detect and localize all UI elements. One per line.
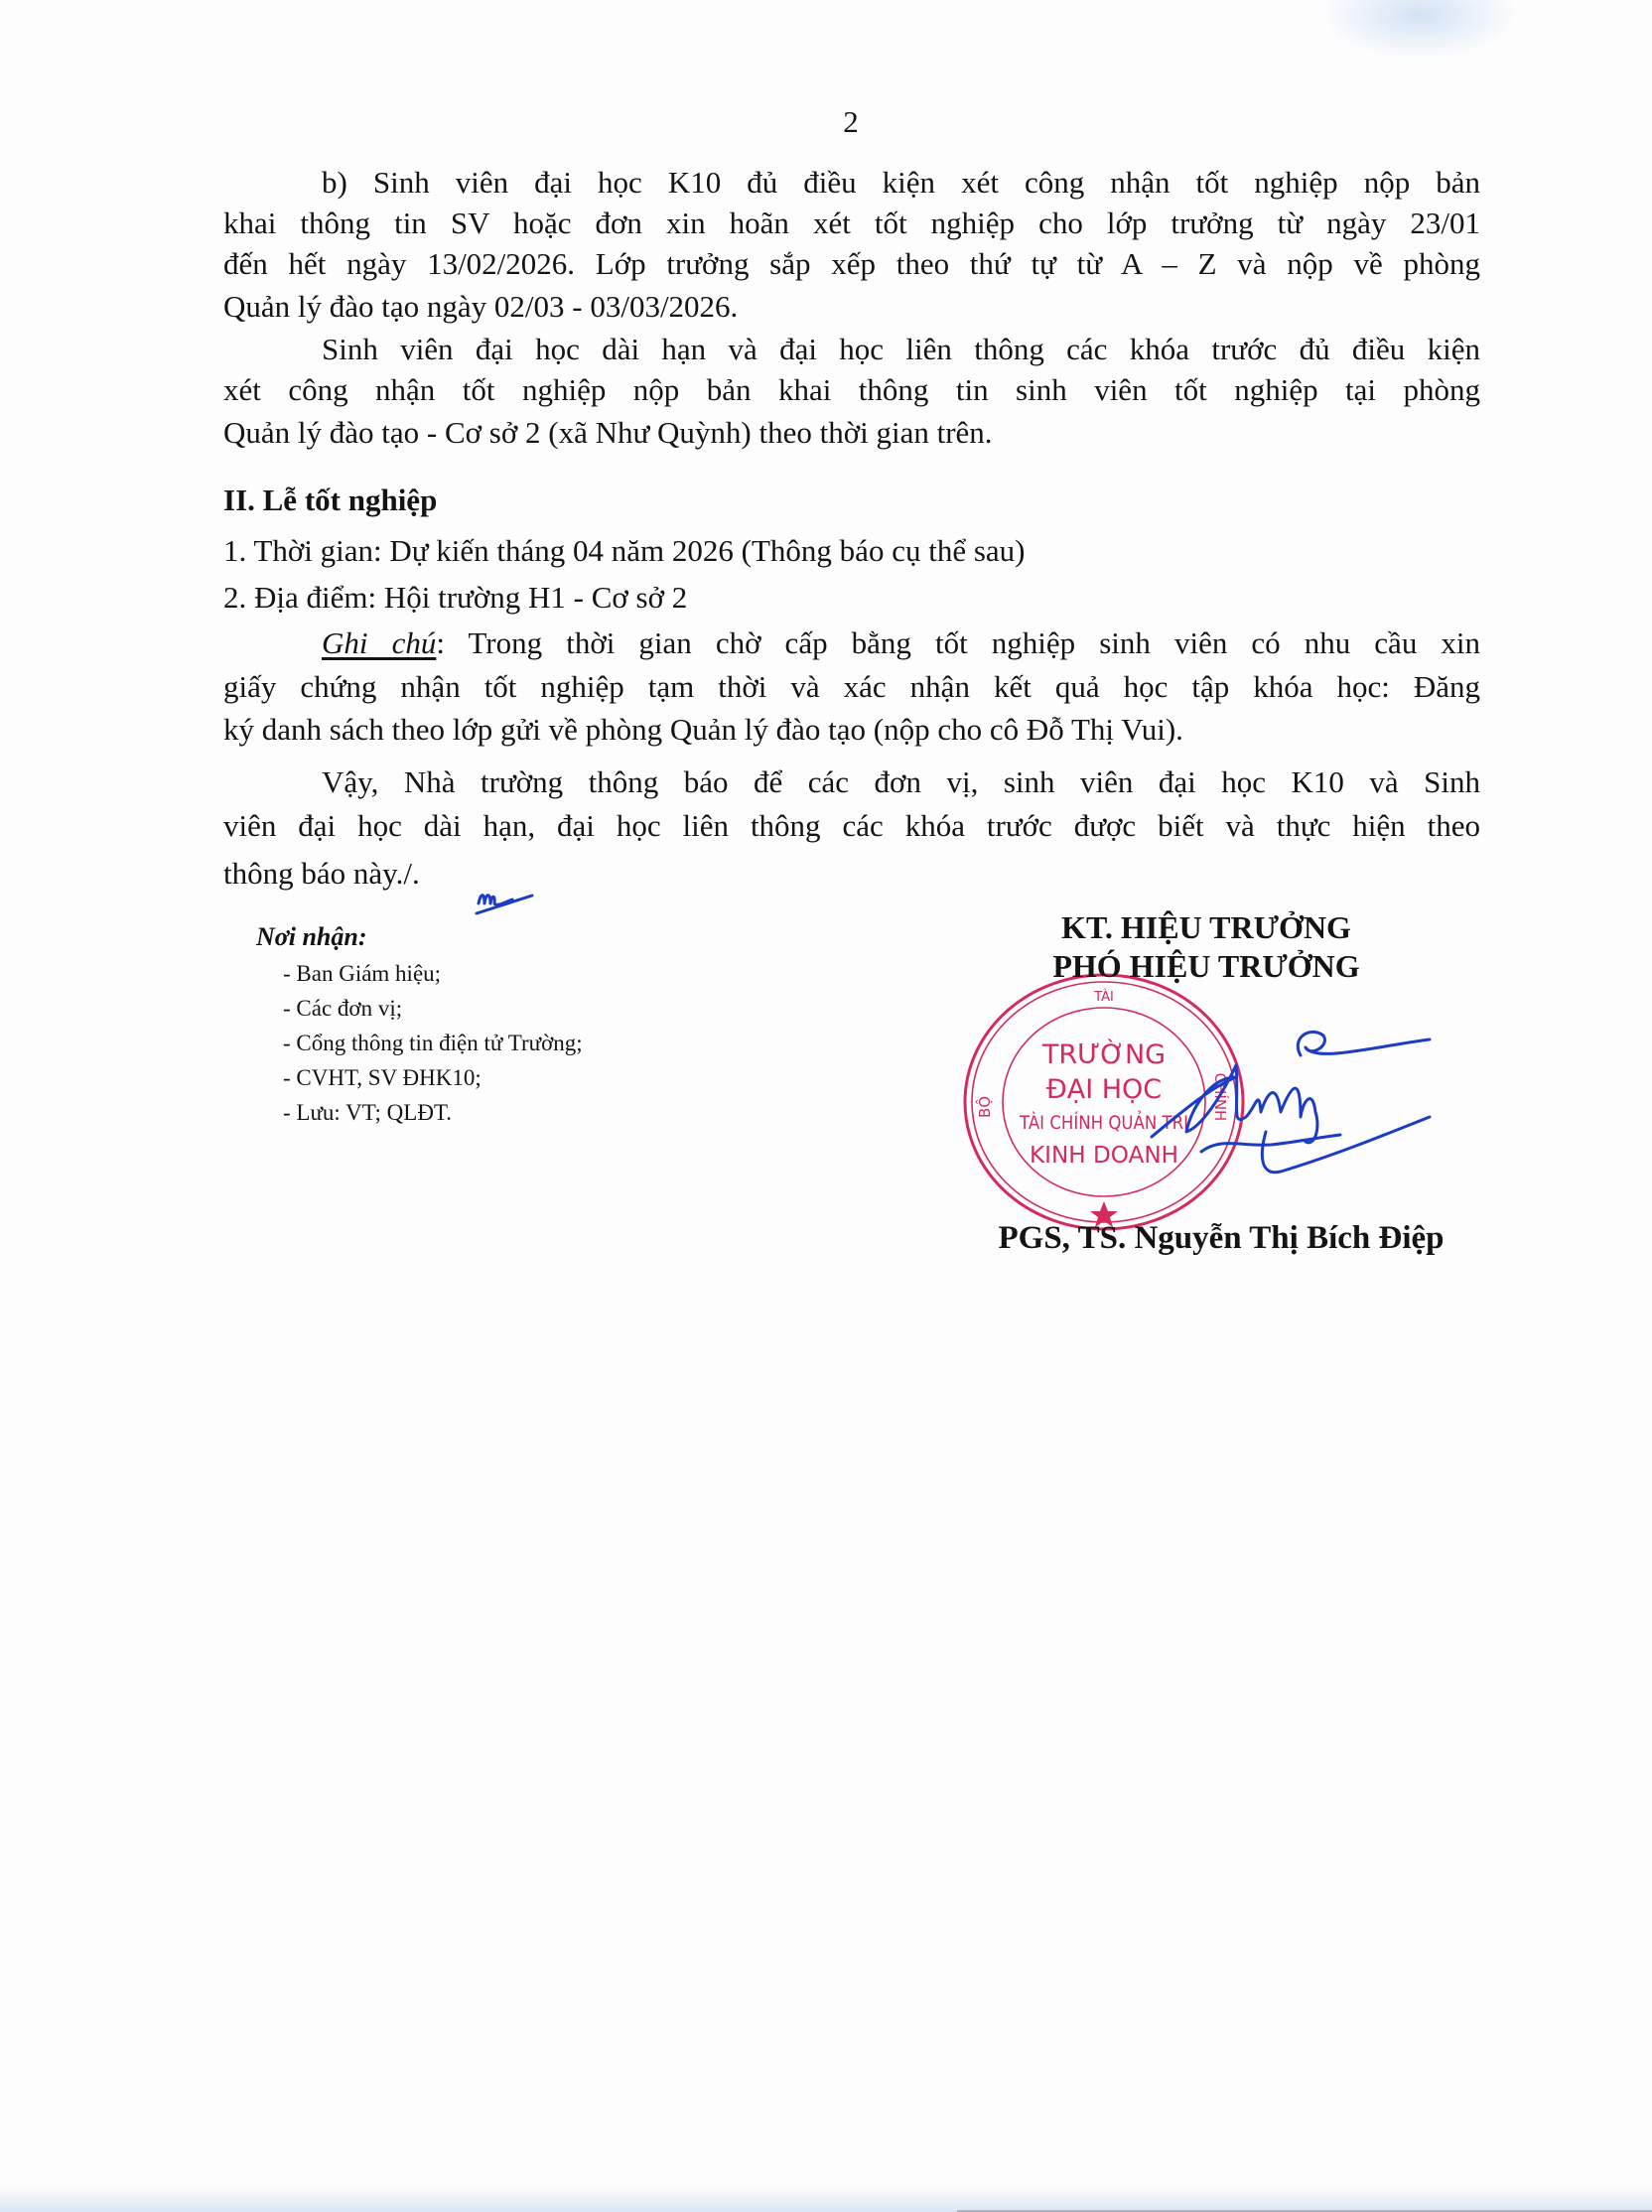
stamp-top-text: TÀI — [1093, 989, 1114, 1005]
paragraph-extra-line: Sinh viên đại học dài hạn và đại học liê… — [322, 329, 1480, 370]
recipients-block: Nơi nhận: - Ban Giám hiệu; - Các đơn vị;… — [256, 918, 583, 1130]
recipient-item: - Lưu: VT; QLĐT. — [256, 1095, 583, 1130]
note-line: Ghi chú: Trong thời gian chờ cấp bằng tố… — [322, 622, 1480, 664]
scan-tint-top — [1320, 0, 1519, 60]
paragraph-b-line: khai thông tin SV hoặc đơn xin hoãn xét … — [223, 203, 1480, 244]
signer-title-2: PHÓ HIỆU TRƯỞNG — [973, 947, 1440, 986]
signer-title-block: KT. HIỆU TRƯỞNG PHÓ HIỆU TRƯỞNG — [973, 908, 1440, 986]
paragraph-extra-line: Quản lý đào tạo - Cơ sở 2 (xã Như Quỳnh)… — [223, 412, 1480, 454]
paragraph-extra-line: xét công nhận tốt nghiệp nộp bản khai th… — [223, 369, 1480, 411]
page-number: 2 — [0, 101, 1652, 143]
recipients-title: Nơi nhận: — [256, 918, 583, 956]
paragraph-b-line: b) Sinh viên đại học K10 đủ điều kiện xé… — [322, 162, 1480, 204]
stamp-left-text: BỘ — [975, 1096, 994, 1118]
signer-title-1: KT. HIỆU TRƯỞNG — [973, 908, 1440, 947]
closing-line: Vậy, Nhà trường thông báo để các đơn vị,… — [322, 761, 1480, 803]
note-label: Ghi chú — [322, 625, 436, 660]
closing-line: viên đại học dài hạn, đại học liên thông… — [223, 805, 1480, 847]
recipient-item: - CVHT, SV ĐHK10; — [256, 1060, 583, 1095]
ceremony-item-time: 1. Thời gian: Dự kiến tháng 04 năm 2026 … — [223, 530, 1480, 572]
recipient-item: - Ban Giám hiệu; — [256, 956, 583, 991]
paragraph-b-line: Quản lý đào tạo ngày 02/03 - 03/03/2026. — [223, 286, 1480, 328]
ceremony-item-place: 2. Địa điểm: Hội trường H1 - Cơ sở 2 — [223, 577, 1480, 619]
closing-line: thông báo này./. — [223, 853, 1480, 895]
paragraph-b-line: đến hết ngày 13/02/2026. Lớp trưởng sắp … — [223, 243, 1480, 285]
recipient-item: - Cổng thông tin điện tử Trường; — [256, 1026, 583, 1060]
handwritten-signature-icon — [1142, 1018, 1440, 1186]
recipient-item: - Các đơn vị; — [256, 991, 583, 1026]
note-line: ký danh sách theo lớp gửi về phòng Quản … — [223, 709, 1480, 751]
note-text: : Trong thời gian chờ cấp bằng tốt nghiệ… — [436, 625, 1480, 660]
scan-tint-bottom — [0, 2186, 1652, 2212]
section-heading: II. Lễ tốt nghiệp — [223, 480, 1480, 521]
note-line: giấy chứng nhận tốt nghiệp tạm thời và x… — [223, 666, 1480, 708]
signer-name: PGS, TS. Nguyễn Thị Bích Điệp — [943, 1216, 1499, 1260]
initials-mark-icon — [473, 882, 536, 917]
